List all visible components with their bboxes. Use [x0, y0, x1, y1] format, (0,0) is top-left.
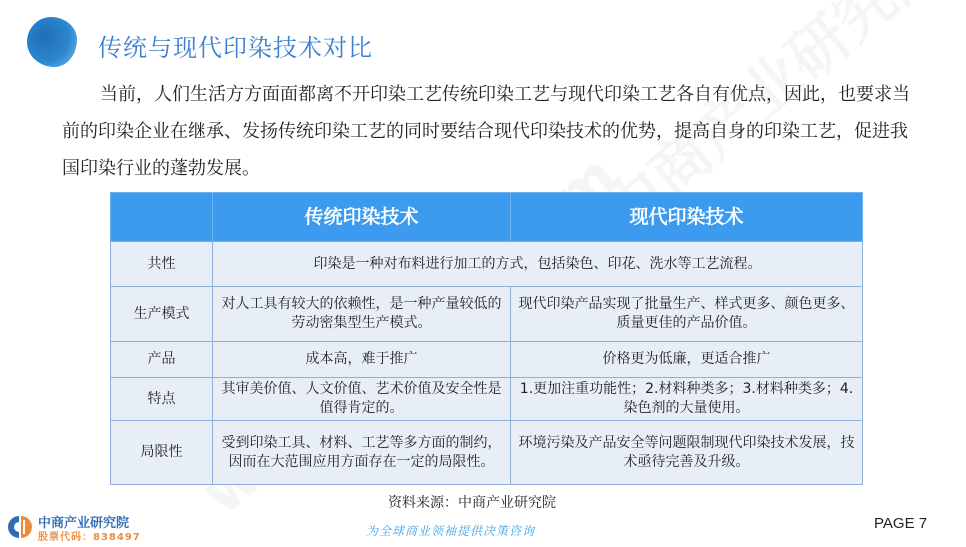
intro-paragraph: 当前，人们生活方方面面都离不开印染工艺传统印染工艺与现代印染工艺各自有优点，因此…	[62, 76, 922, 187]
row-label: 产品	[111, 342, 213, 378]
source-note: 资料来源：中商产业研究院	[388, 492, 556, 512]
header-traditional: 传统印染技术	[213, 193, 511, 242]
row-label: 生产模式	[111, 287, 213, 342]
header-modern: 现代印染技术	[511, 193, 863, 242]
company-logo: 中商产业研究院 股票代码：838497	[6, 512, 146, 542]
row-label: 共性	[111, 242, 213, 287]
traditional-cell: 受到印染工具、材料、工艺等多方面的制约，因而在大范围应用方面存在一定的局限性。	[213, 421, 511, 485]
row-label: 局限性	[111, 421, 213, 485]
intro-text: 当前，人们生活方方面面都离不开印染工艺传统印染工艺与现代印染工艺各自有优点，因此…	[62, 84, 910, 179]
table-row: 产品 成本高，难于推广 价格更为低廉，更适合推广	[111, 342, 863, 378]
table-row: 特点 其审美价值、人文价值、艺术价值及安全性是值得肯定的。 1.更加注重功能性；…	[111, 378, 863, 421]
header-blank	[111, 193, 213, 242]
merged-cell: 印染是一种对布料进行加工的方式，包括染色、印花、洗水等工艺流程。	[213, 242, 863, 287]
logo-mark-icon	[6, 514, 32, 540]
traditional-cell: 对人工具有较大的依赖性，是一种产量较低的劳动密集型生产模式。	[213, 287, 511, 342]
slogan: 为全球商业领袖提供决策咨询	[366, 522, 535, 539]
modern-cell: 环境污染及产品安全等问题限制现代印染技术发展，技术亟待完善及升级。	[511, 421, 863, 485]
modern-cell: 现代印染产品实现了批量生产、样式更多、颜色更多、质量更佳的产品价值。	[511, 287, 863, 342]
page-number: PAGE 7	[874, 515, 927, 532]
page-title: 传统与现代印染技术对比	[98, 28, 373, 63]
traditional-cell: 成本高，难于推广	[213, 342, 511, 378]
traditional-cell: 其审美价值、人文价值、艺术价值及安全性是值得肯定的。	[213, 378, 511, 421]
table-row: 生产模式 对人工具有较大的依赖性，是一种产量较低的劳动密集型生产模式。 现代印染…	[111, 287, 863, 342]
row-label: 特点	[111, 378, 213, 421]
title-decoration-blob	[27, 17, 77, 67]
table-row: 局限性 受到印染工具、材料、工艺等多方面的制约，因而在大范围应用方面存在一定的局…	[111, 421, 863, 485]
logo-stock-code: 股票代码：838497	[38, 528, 141, 543]
comparison-table: 传统印染技术 现代印染技术 共性 印染是一种对布料进行加工的方式，包括染色、印花…	[110, 192, 863, 485]
modern-cell: 价格更为低廉，更适合推广	[511, 342, 863, 378]
table-header-row: 传统印染技术 现代印染技术	[111, 193, 863, 242]
modern-cell: 1.更加注重功能性；2.材料种类多；3.材料种类多；4.染色剂的大量使用。	[511, 378, 863, 421]
table-row: 共性 印染是一种对布料进行加工的方式，包括染色、印花、洗水等工艺流程。	[111, 242, 863, 287]
